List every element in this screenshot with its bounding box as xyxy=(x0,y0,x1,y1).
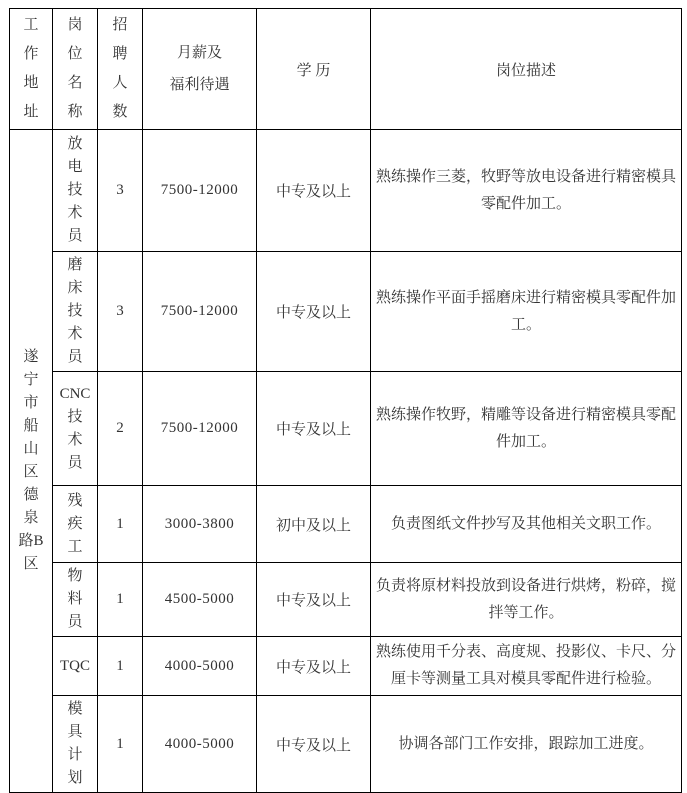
salary-cell: 7500-12000 xyxy=(143,372,257,486)
description-cell: 负责图纸文件抄写及其他相关文职工作。 xyxy=(371,486,682,563)
description-cell: 负责将原材料投放到设备进行烘烤，粉碎，搅拌等工作。 xyxy=(371,563,682,637)
headcount-cell: 1 xyxy=(98,637,143,696)
education-cell: 初中及以上 xyxy=(257,486,371,563)
position-cell: 放 电 技 术 员 xyxy=(53,130,98,252)
education-cell: 中专及以上 xyxy=(257,563,371,637)
position-cell: 磨 床 技 术 员 xyxy=(53,252,98,372)
header-headcount: 招 聘 人 数 xyxy=(98,9,143,130)
table-row: TQC 1 4000-5000 中专及以上 熟练使用千分表、高度规、投影仪、卡尺… xyxy=(10,637,682,696)
salary-cell: 4000-5000 xyxy=(143,696,257,793)
table-row: 模 具 计 划 1 4000-5000 中专及以上 协调各部门工作安排，跟踪加工… xyxy=(10,696,682,793)
header-description: 岗位描述 xyxy=(371,9,682,130)
header-work-address-label: 工 作 地 址 xyxy=(23,11,38,127)
salary-cell: 3000-3800 xyxy=(143,486,257,563)
description-cell: 熟练操作牧野，精雕等设备进行精密模具零配件加工。 xyxy=(371,372,682,486)
position-text: 放 电 技 术 员 xyxy=(67,133,82,248)
header-salary: 月薪及 福利待遇 xyxy=(143,9,257,130)
education-cell: 中专及以上 xyxy=(257,252,371,372)
salary-cell: 7500-12000 xyxy=(143,130,257,252)
header-position-name: 岗 位 名 称 xyxy=(53,9,98,130)
position-cell: TQC xyxy=(53,637,98,696)
education-cell: 中专及以上 xyxy=(257,696,371,793)
headcount-cell: 3 xyxy=(98,252,143,372)
header-work-address: 工 作 地 址 xyxy=(10,9,53,130)
position-text: 磨 床 技 术 员 xyxy=(67,254,82,369)
position-cell: 残 疾 工 xyxy=(53,486,98,563)
headcount-cell: 2 xyxy=(98,372,143,486)
position-text: TQC xyxy=(60,655,90,678)
address-cell: 遂 宁 市 船 山 区 德 泉 路B 区 xyxy=(10,130,53,793)
description-cell: 协调各部门工作安排，跟踪加工进度。 xyxy=(371,696,682,793)
education-cell: 中专及以上 xyxy=(257,372,371,486)
header-salary-label: 月薪及 福利待遇 xyxy=(169,45,229,93)
education-cell: 中专及以上 xyxy=(257,637,371,696)
description-cell: 熟练操作平面手摇磨床进行精密模具零配件加工。 xyxy=(371,252,682,372)
headcount-cell: 1 xyxy=(98,563,143,637)
salary-cell: 7500-12000 xyxy=(143,252,257,372)
header-position-name-label: 岗 位 名 称 xyxy=(67,11,82,127)
recruitment-table-page: 工 作 地 址 岗 位 名 称 招 聘 人 数 月薪及 福利待遇 学 历 岗位描… xyxy=(0,0,687,775)
position-text: CNC 技 术 员 xyxy=(60,383,91,475)
table-row: 遂 宁 市 船 山 区 德 泉 路B 区 放 电 技 术 员 3 7500-12… xyxy=(10,130,682,252)
position-text: 模 具 计 划 xyxy=(67,698,82,790)
table-row: CNC 技 术 员 2 7500-12000 中专及以上 熟练操作牧野，精雕等设… xyxy=(10,372,682,486)
headcount-cell: 1 xyxy=(98,486,143,563)
position-cell: CNC 技 术 员 xyxy=(53,372,98,486)
header-education-label: 学 历 xyxy=(297,63,331,79)
position-cell: 模 具 计 划 xyxy=(53,696,98,793)
headcount-cell: 1 xyxy=(98,696,143,793)
description-cell: 熟练操作三菱，牧野等放电设备进行精密模具零配件加工。 xyxy=(371,130,682,252)
salary-cell: 4000-5000 xyxy=(143,637,257,696)
address-text: 遂 宁 市 船 山 区 德 泉 路B 区 xyxy=(18,346,43,576)
education-cell: 中专及以上 xyxy=(257,130,371,252)
header-description-label: 岗位描述 xyxy=(496,63,556,79)
description-cell: 熟练使用千分表、高度规、投影仪、卡尺、分厘卡等测量工具对模具零配件进行检验。 xyxy=(371,637,682,696)
position-text: 物 料 员 xyxy=(67,565,82,634)
header-row: 工 作 地 址 岗 位 名 称 招 聘 人 数 月薪及 福利待遇 学 历 岗位描… xyxy=(10,9,682,130)
position-cell: 物 料 员 xyxy=(53,563,98,637)
header-education: 学 历 xyxy=(257,9,371,130)
headcount-cell: 3 xyxy=(98,130,143,252)
salary-cell: 4500-5000 xyxy=(143,563,257,637)
table-row: 物 料 员 1 4500-5000 中专及以上 负责将原材料投放到设备进行烘烤，… xyxy=(10,563,682,637)
position-text: 残 疾 工 xyxy=(67,490,82,559)
table-row: 磨 床 技 术 员 3 7500-12000 中专及以上 熟练操作平面手摇磨床进… xyxy=(10,252,682,372)
table-row: 残 疾 工 1 3000-3800 初中及以上 负责图纸文件抄写及其他相关文职工… xyxy=(10,486,682,563)
header-headcount-label: 招 聘 人 数 xyxy=(112,11,127,127)
job-recruitment-table: 工 作 地 址 岗 位 名 称 招 聘 人 数 月薪及 福利待遇 学 历 岗位描… xyxy=(9,8,682,793)
